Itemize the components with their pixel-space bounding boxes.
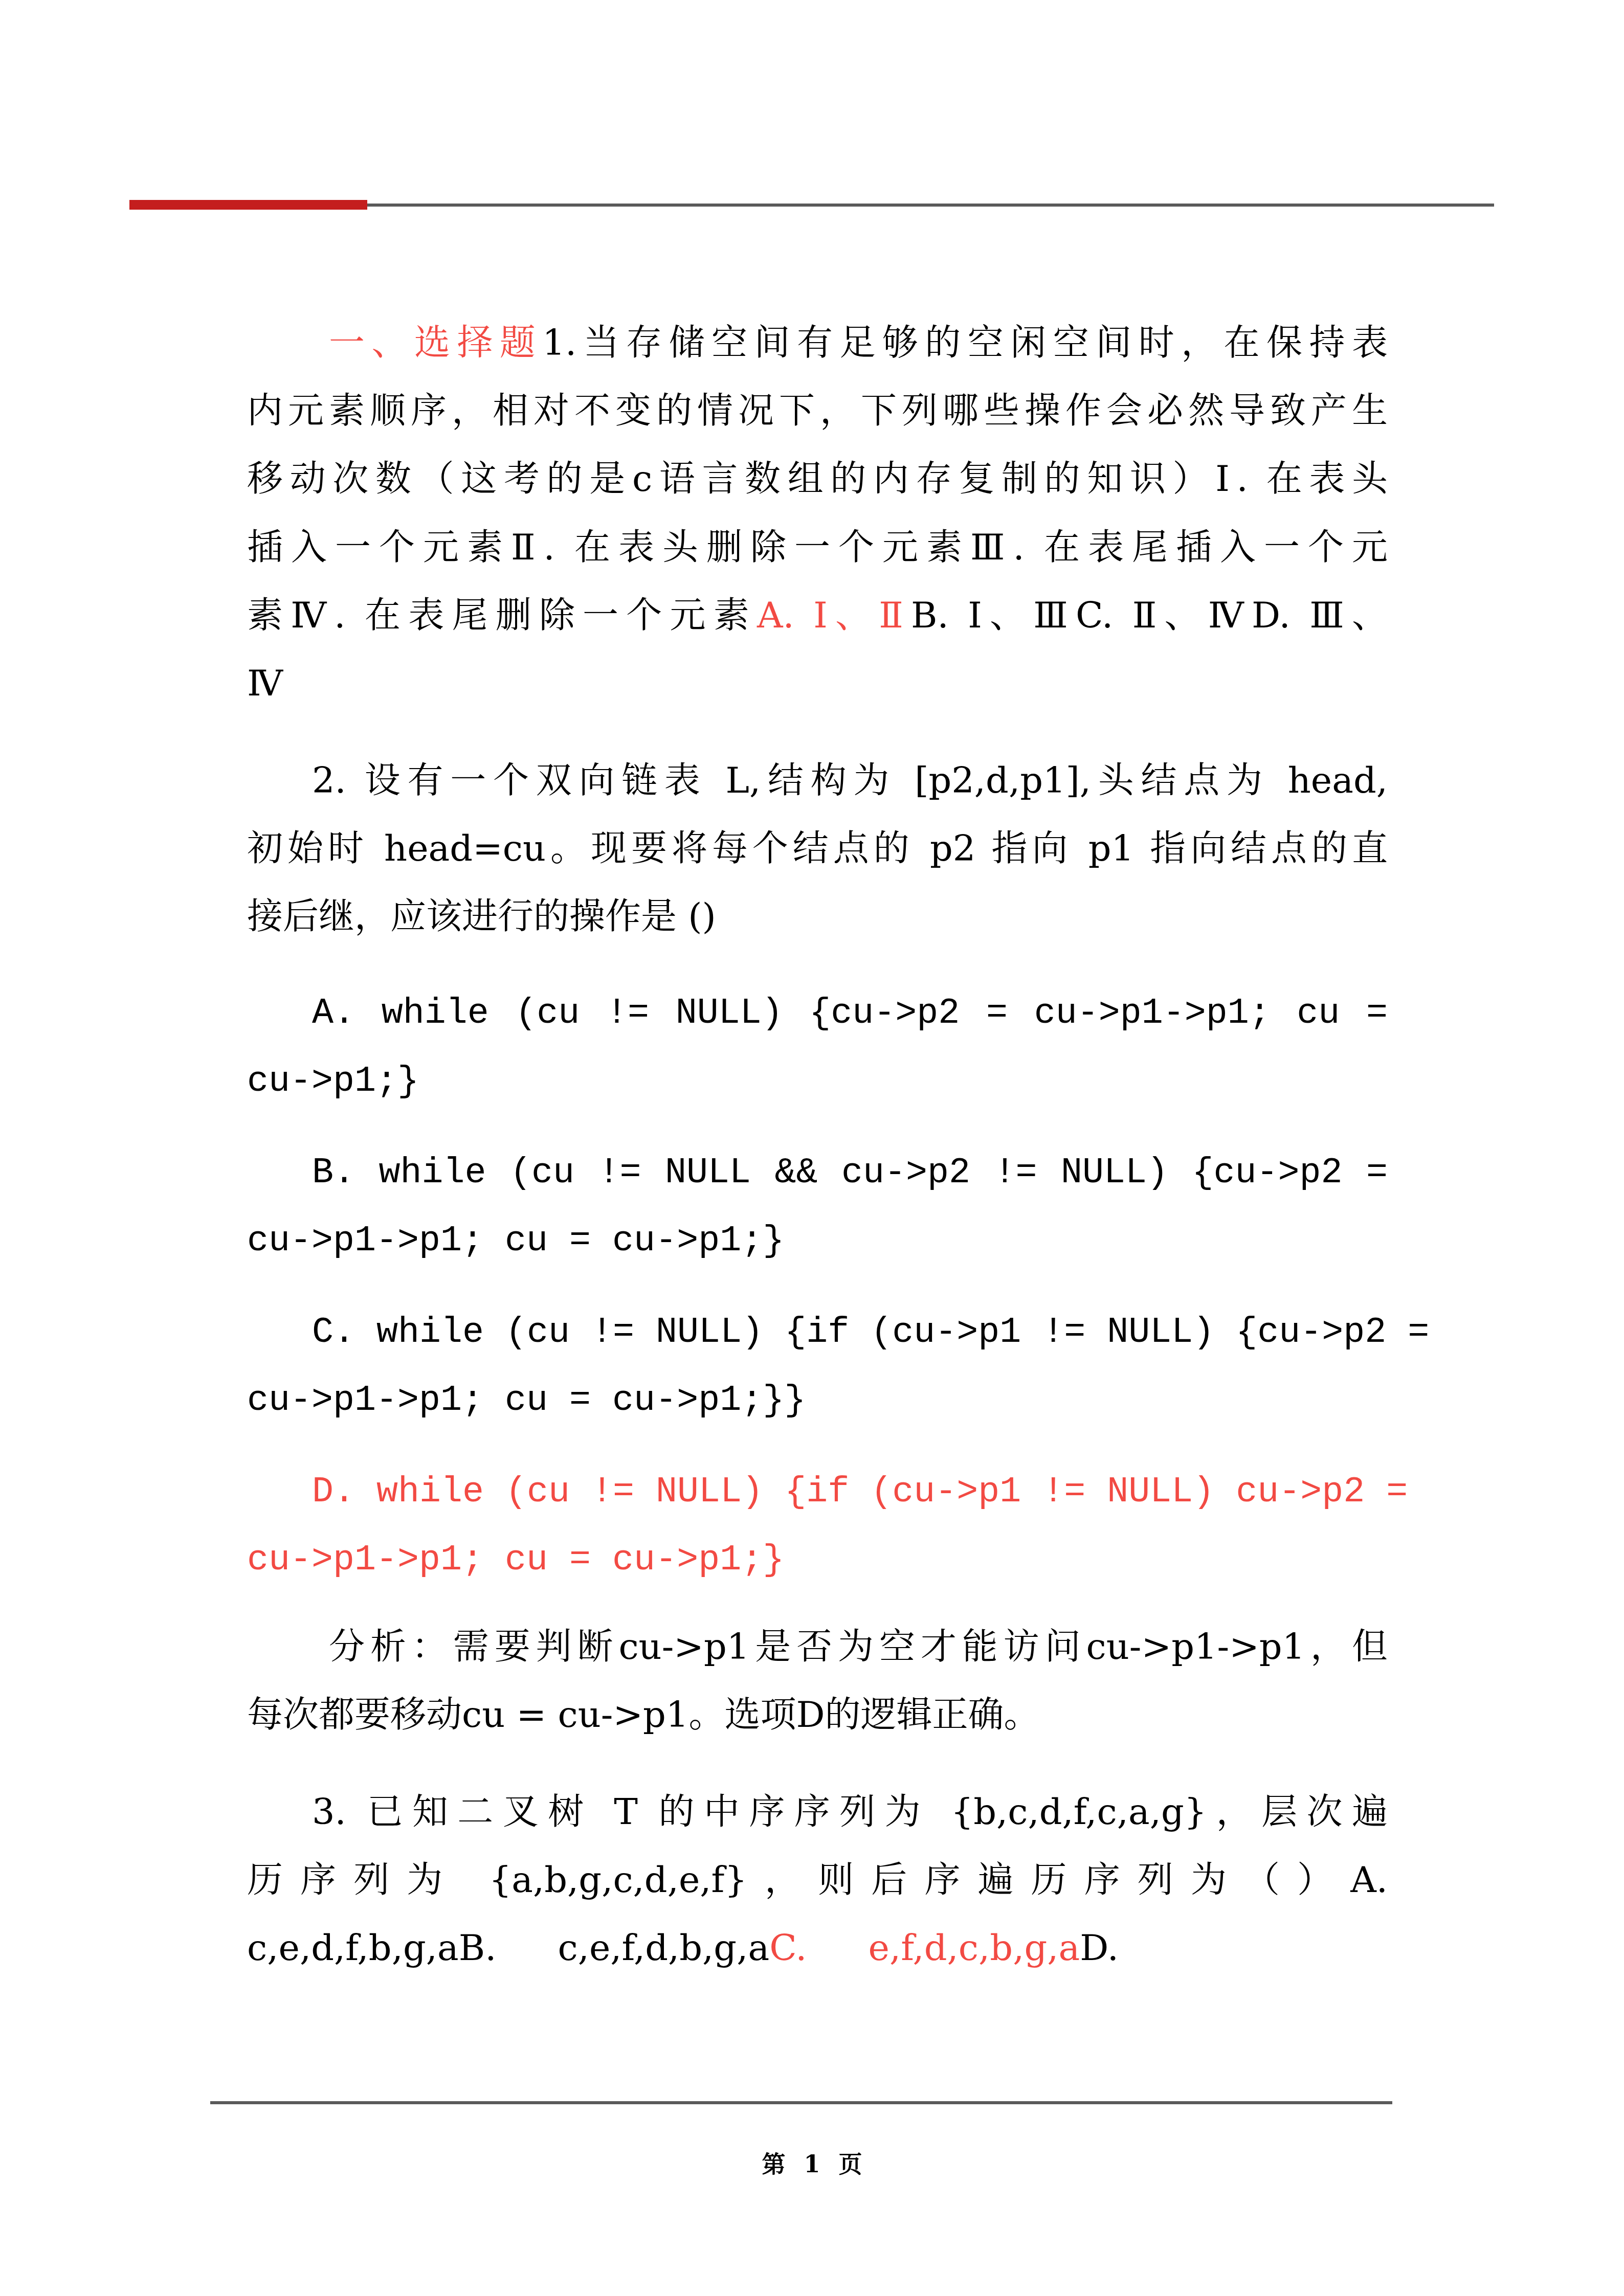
q1-line-5: 素Ⅳ. 在表尾删除一个元素A. Ⅰ、ⅡB. Ⅰ、ⅢC. Ⅱ、ⅣD. Ⅲ、 bbox=[247, 587, 1388, 643]
q3-option-d-label: D. bbox=[1080, 1927, 1119, 1969]
page-suffix: 页 bbox=[839, 2150, 862, 2178]
q2-analysis-line-2: 每次都要移动cu = cu->p1。选项D的逻辑正确。 bbox=[247, 1686, 1388, 1743]
q1-line-1: 一、选择题1.当存储空间有足够的空闲空间时，在保持表 bbox=[329, 314, 1388, 371]
q3-line-1: 3. 已知二叉树 T 的中序序列为 {b,c,d,f,c,a,g}，层次遍 bbox=[312, 1784, 1388, 1840]
q1-option-c: C. Ⅱ、Ⅳ bbox=[1076, 594, 1252, 636]
q1-option-d: D. Ⅲ、 bbox=[1252, 594, 1388, 636]
q2-option-d-line-1: D. while (cu != NULL) {if (cu->p1 != NUL… bbox=[312, 1465, 1388, 1521]
q1-text-5: 素Ⅳ. 在表尾删除一个元素 bbox=[247, 594, 757, 636]
q3-line-2: 历序列为 {a,b,g,c,d,e,f}，则后序遍历序列为（）A. bbox=[247, 1852, 1388, 1908]
footer-rule bbox=[210, 2101, 1392, 2104]
q2-line-1: 2. 设有一个双向链表 L,结构为 [p2,d,p1],头结点为 head, bbox=[312, 752, 1388, 808]
q3-option-b-value: c,e,f,d,b,g,a bbox=[558, 1927, 769, 1969]
section-title: 一、选择题 bbox=[329, 322, 542, 364]
q2-line-3: 接后继，应该进行的操作是 () bbox=[247, 888, 1388, 944]
q3-line-3: c,e,d,f,b,g,aB.c,e,f,d,b,g,aC.e,f,d,c,b,… bbox=[247, 1920, 1388, 1976]
header-accent-bar bbox=[129, 200, 367, 210]
q1-line-4: 插入一个元素Ⅱ. 在表头删除一个元素Ⅲ. 在表尾插入一个元 bbox=[247, 519, 1388, 575]
q2-option-d-line-2: cu->p1->p1; cu = cu->p1;} bbox=[247, 1533, 1388, 1589]
q2-line-2: 初始时 head=cu。现要将每个结点的 p2 指向 p1 指向结点的直 bbox=[247, 820, 1388, 876]
q3-option-a-value: c,e,d,f,b,g,a bbox=[247, 1927, 459, 1969]
q2-option-c-line-2: cu->p1->p1; cu = cu->p1;}} bbox=[247, 1373, 1388, 1429]
q1-line-6: Ⅳ bbox=[247, 655, 1388, 711]
page-number: 第1页 bbox=[0, 2146, 1624, 2179]
page-value: 1 bbox=[804, 2150, 820, 2178]
q1-line-2: 内元素顺序，相对不变的情况下，下列哪些操作会必然导致产生 bbox=[247, 382, 1388, 439]
q3-option-b-label: B. bbox=[459, 1927, 497, 1969]
q2-option-b-line-2: cu->p1->p1; cu = cu->p1;} bbox=[247, 1213, 1388, 1270]
q1-text-1: 1.当存储空间有足够的空闲空间时，在保持表 bbox=[542, 322, 1388, 364]
q2-option-a-line-1: A. while (cu != NULL) {cu->p2 = cu->p1->… bbox=[312, 986, 1388, 1042]
q1-option-a: A. Ⅰ、Ⅱ bbox=[757, 594, 911, 636]
header-rule bbox=[367, 204, 1494, 207]
q3-option-c-value: e,f,d,c,b,g,a bbox=[868, 1927, 1080, 1969]
q2-analysis-line-1: 分析：需要判断cu->p1是否为空才能访问cu->p1->p1，但 bbox=[329, 1618, 1388, 1675]
page-prefix: 第 bbox=[762, 2150, 785, 2178]
q2-option-c-line-1: C. while (cu != NULL) {if (cu->p1 != NUL… bbox=[312, 1305, 1388, 1361]
q1-option-b: B. Ⅰ、Ⅲ bbox=[911, 594, 1076, 636]
q3-option-c-label: C. bbox=[769, 1927, 807, 1969]
q2-option-a-line-2: cu->p1;} bbox=[247, 1054, 1388, 1110]
q1-line-3: 移动次数（这考的是c语言数组的内存复制的知识）Ⅰ. 在表头 bbox=[247, 451, 1388, 507]
q2-option-b-line-1: B. while (cu != NULL && cu->p2 != NULL) … bbox=[312, 1145, 1388, 1202]
